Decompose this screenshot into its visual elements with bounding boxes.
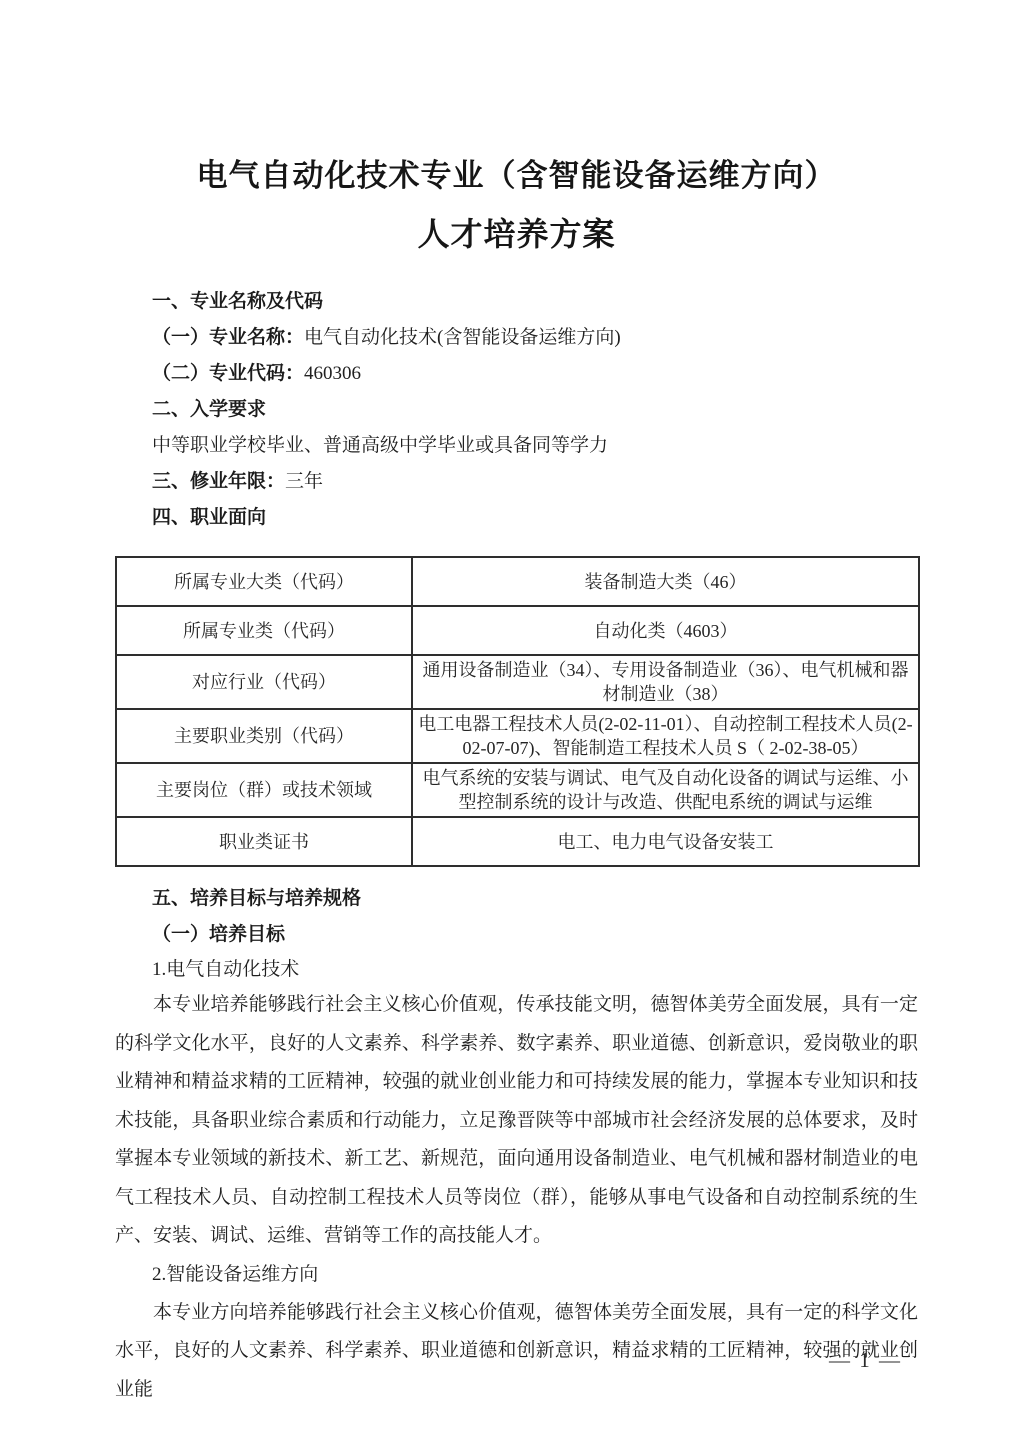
heading-4-career-orientation: 四、职业面向 xyxy=(115,500,918,536)
row-value-cell: 装备制造大类（46） xyxy=(412,557,919,606)
row-label-cell: 主要岗位（群）或技术领域 xyxy=(116,763,412,817)
row-value-cell: 电气系统的安装与调试、电气及自动化设备的调试与运维、小型控制系统的设计与改造、供… xyxy=(412,763,919,817)
document-title-line2: 人才培养方案 xyxy=(115,210,918,258)
row-value-cell: 电工电器工程技术人员(2-02-11-01）、自动控制工程技术人员(2-02-0… xyxy=(412,709,919,763)
table-row: 所属专业类（代码） 自动化类（4603） xyxy=(116,606,919,655)
heading-3-value: 三年 xyxy=(285,471,323,492)
goal-1-paragraph: 本专业培养能够践行社会主义核心价值观，传承技能文明，德智体美劳全面发展，具有一定… xyxy=(115,986,918,1256)
goal-1-title: 1.电气自动化技术 xyxy=(115,953,918,986)
row-value-cell: 自动化类（4603） xyxy=(412,606,919,655)
item-major-code-label: （二）专业代码： xyxy=(152,363,304,384)
goal-2-title: 2.智能设备运维方向 xyxy=(115,1256,918,1294)
row-label-cell: 所属专业类（代码） xyxy=(116,606,412,655)
row-label-cell: 职业类证书 xyxy=(116,817,412,866)
item-major-name-label: （一）专业名称： xyxy=(152,327,304,348)
table-row: 主要岗位（群）或技术领域 电气系统的安装与调试、电气及自动化设备的调试与运维、小… xyxy=(116,763,919,817)
heading-2-admission: 二、入学要求 xyxy=(115,392,918,428)
heading-5-training-goals: 五、培养目标与培养规格 xyxy=(115,881,918,917)
row-label-cell: 所属专业大类（代码） xyxy=(116,557,412,606)
page-number: — 1 — xyxy=(829,1348,902,1373)
admission-requirement-text: 中等职业学校毕业、普通高级中学毕业或具备同等学力 xyxy=(115,428,918,464)
item-major-name: （一）专业名称：电气自动化技术(含智能设备运维方向) xyxy=(115,320,918,356)
document-page: 电气自动化技术专业（含智能设备运维方向） 人才培养方案 一、专业名称及代码 （一… xyxy=(0,0,1024,1448)
table-row: 所属专业大类（代码） 装备制造大类（46） xyxy=(116,557,919,606)
row-label-cell: 主要职业类别（代码） xyxy=(116,709,412,763)
item-major-code-value: 460306 xyxy=(304,363,361,384)
table-row: 主要职业类别（代码） 电工电器工程技术人员(2-02-11-01）、自动控制工程… xyxy=(116,709,919,763)
row-value-cell: 电工、电力电气设备安装工 xyxy=(412,817,919,866)
table-row: 职业类证书 电工、电力电气设备安装工 xyxy=(116,817,919,866)
item-major-code: （二）专业代码：460306 xyxy=(115,356,918,392)
goal-2-paragraph: 本专业方向培养能够践行社会主义核心价值观，德智体美劳全面发展，具有一定的科学文化… xyxy=(115,1294,918,1410)
heading-1-major-name-code: 一、专业名称及代码 xyxy=(115,284,918,320)
table-row: 对应行业（代码） 通用设备制造业（34）、专用设备制造业（36）、电气机械和器 … xyxy=(116,655,919,709)
row-label-cell: 对应行业（代码） xyxy=(116,655,412,709)
row-value-cell: 通用设备制造业（34）、专用设备制造业（36）、电气机械和器 材制造业（38） xyxy=(412,655,919,709)
item-major-name-value: 电气自动化技术(含智能设备运维方向) xyxy=(304,327,621,348)
subheading-training-goal: （一）培养目标 xyxy=(115,917,918,953)
career-orientation-table: 所属专业大类（代码） 装备制造大类（46） 所属专业类（代码） 自动化类（460… xyxy=(115,556,920,867)
heading-3-study-period: 三、修业年限：三年 xyxy=(115,464,918,500)
document-title-line1: 电气自动化技术专业（含智能设备运维方向） xyxy=(115,0,918,200)
heading-3-label: 三、修业年限： xyxy=(152,471,285,492)
